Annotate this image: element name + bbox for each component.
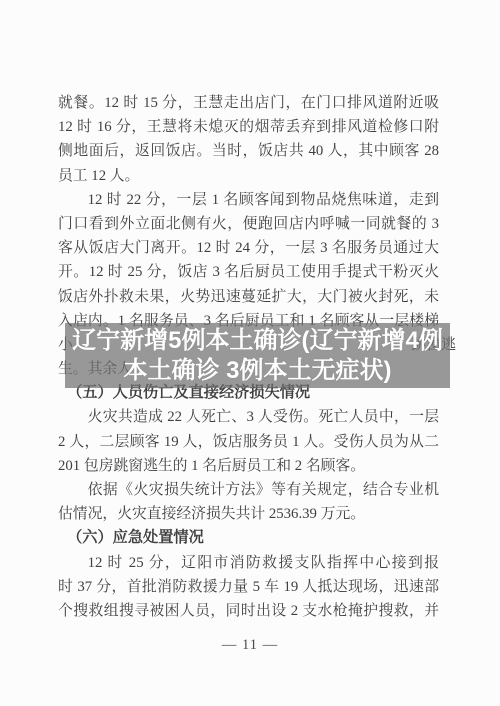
text-line: 火灾共造成 22 人死亡、3 人受伤。死亡人员中，一层顾客	[58, 405, 439, 429]
text-line: 201 包房跳窗逃生的 1 名后厨员工和 2 名顾客。	[58, 454, 439, 478]
text-line: 个搜救组搜寻被困人员，同时出设 2 支水枪掩护搜救，并控制	[58, 599, 439, 623]
section-heading: （六）应急处置情况	[58, 526, 439, 550]
text-line: 饭店外扑救未果，火势迅速蔓延扩大，大门被火封死，未再进	[58, 285, 439, 309]
news-title-line-1: 辽宁新增5例本土确诊(辽宁新增4例	[72, 326, 443, 356]
news-title-line-2: 本土确诊 3例本土无症状)	[123, 356, 391, 386]
news-title-overlay: 辽宁新增5例本土确诊(辽宁新增4例 本土确诊 3例本土无症状)	[65, 323, 450, 388]
text-line: 12 时 22 分，一层 1 名顾客闻到物品烧焦味道，走到饭店	[58, 188, 439, 212]
text-line: 就餐。12 时 15 分，王慧走出店门，在门口排风道附近吸烟。	[58, 91, 439, 115]
text-line: 开。12 时 25 分，饭店 3 名后厨员工使用手提式干粉灭火器到	[58, 260, 439, 284]
scanned-document-page: 就餐。12 时 15 分，王慧走出店门，在门口排风道附近吸烟。12 时 16 分…	[0, 0, 500, 706]
text-line: 12 时 25 分，辽阳市消防救援支队指挥中心接到报警。12	[58, 551, 439, 575]
text-line: 时 37 分，首批消防救援力量 5 车 19 人抵达现场，迅速部署 2	[58, 575, 439, 599]
text-line: 估情况，火灾直接经济损失共计 2536.39 万元。	[58, 502, 439, 526]
text-line: 依据《火灾损失统计方法》等有关规定，结合专业机构评	[58, 478, 439, 502]
text-line: 员工 12 人。	[58, 164, 439, 188]
page-number: — 11 —	[0, 637, 500, 654]
text-line: 侧地面后，返回饭店。当时，饭店共 40 人，其中顾客 28 人，	[58, 139, 439, 163]
text-line: 2 人，二层顾客 19 人，饭店服务员 1 人。受伤人员为从二层	[58, 430, 439, 454]
text-line: 门口看到外立面北侧有火，便跑回店内呼喊一同就餐的 3 名顾	[58, 212, 439, 236]
text-line: 客从饭店大门离开。12 时 24 分，一层 3 名服务员通过大门离	[58, 236, 439, 260]
text-line: 12 时 16 分，王慧将未熄灭的烟蒂丢弃到排风道检修口附近北	[58, 115, 439, 139]
